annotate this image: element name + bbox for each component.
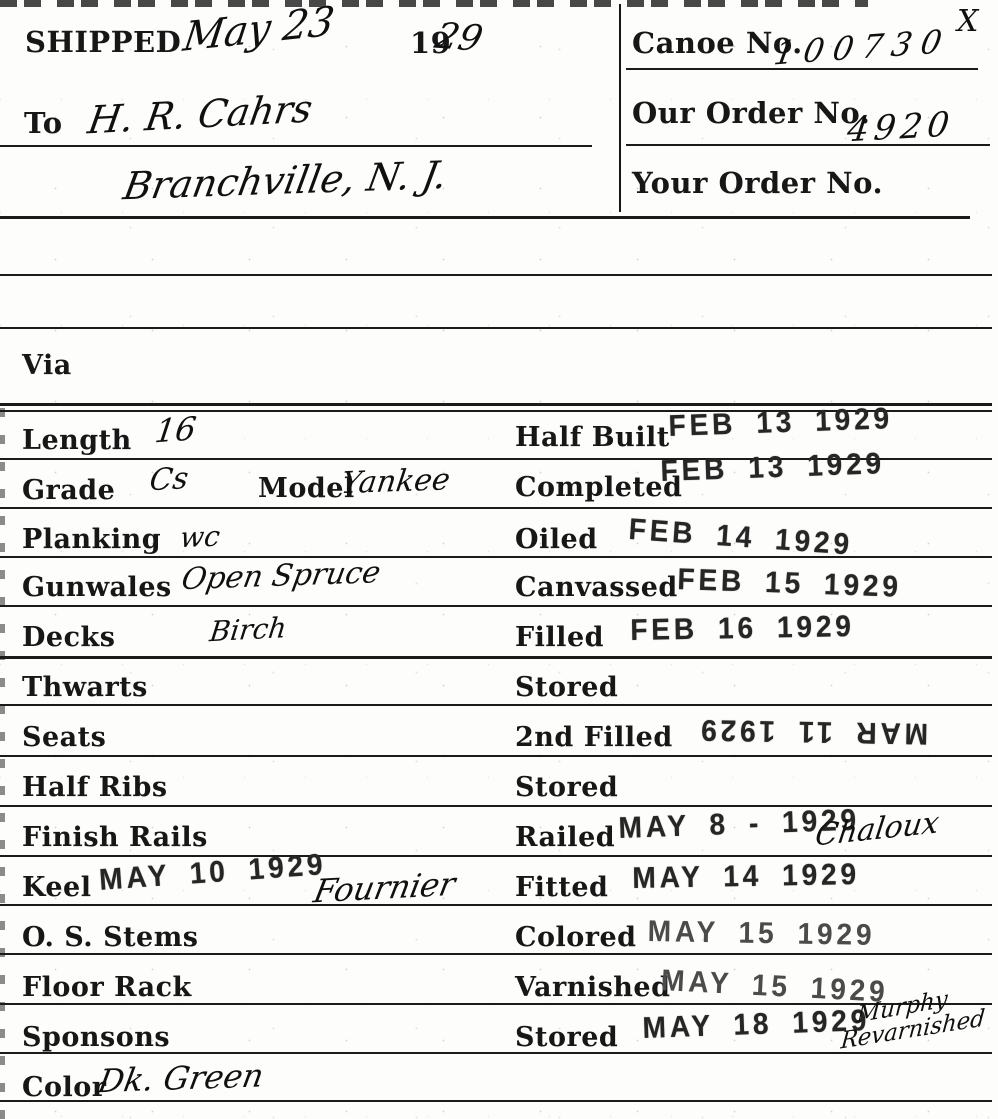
ruled-line (0, 704, 992, 706)
status-label-railed: Railed (515, 822, 615, 853)
scan-edge-left (0, 408, 5, 1119)
spec-value-color: Dk. Green (95, 1056, 266, 1100)
status-label-colored: Colored (515, 922, 637, 953)
date-stamp-completed: FEB 13 1929 (660, 447, 886, 489)
status-label-oiled: Oiled (515, 524, 598, 555)
shipped-label: SHIPPED (25, 25, 181, 59)
status-label-fitted: Fitted (515, 872, 608, 903)
ruled-line (0, 556, 992, 558)
status-label-stored-2: Stored (515, 772, 618, 803)
date-stamp-filled: FEB 16 1929 (630, 610, 855, 648)
ruled-line (0, 755, 992, 757)
status-label-half-built: Half Built (515, 422, 670, 453)
spec-label-thwarts: Thwarts (22, 672, 148, 703)
scan-edge-top (0, 0, 868, 7)
status-label-completed: Completed (515, 472, 682, 503)
spec-value-length: 16 (153, 409, 199, 450)
ruled-line (0, 274, 992, 276)
spec-label-os-stems: O. S. Stems (22, 922, 199, 953)
date-stamp-half-built: FEB 13 1929 (668, 402, 894, 444)
ruled-line (0, 656, 992, 659)
ruled-line (0, 145, 592, 147)
spec-value-planking: wc (179, 520, 222, 555)
spec-label-sponsons: Sponsons (22, 1022, 170, 1053)
spec-label-decks: Decks (22, 622, 115, 653)
date-stamp-stored: MAY 18 1929 (642, 1004, 871, 1046)
spec-label-seats: Seats (22, 722, 106, 753)
spec-label-planking: Planking (22, 524, 161, 555)
spec-label-color: Color (22, 1072, 107, 1103)
spec-label-grade: Grade (22, 475, 115, 506)
ruled-line (626, 68, 978, 70)
ruled-line (0, 1052, 992, 1054)
our-order-no-label: Our Order No. (632, 96, 870, 130)
ruled-line (0, 605, 992, 607)
year-handwritten: 29 (431, 16, 487, 60)
ruled-line (0, 216, 970, 219)
spec-label-gunwales: Gunwales (22, 572, 172, 603)
recipient-name-handwritten: H. R. Cahrs (85, 86, 316, 142)
date-stamp-fitted: MAY 14 1929 (632, 858, 860, 896)
to-label: To (24, 106, 63, 140)
ruled-line (0, 953, 992, 955)
status-label-filled: Filled (515, 622, 604, 653)
status-label-varnished: Varnished (515, 972, 670, 1003)
check-mark-handwritten: X (957, 4, 978, 39)
status-label-stored-3: Stored (515, 1022, 618, 1053)
header-divider (619, 4, 621, 212)
spec-value-model: Yankee (339, 462, 452, 501)
recipient-city-handwritten: Branchville, N. J. (120, 153, 451, 209)
canoe-build-record-card: SHIPPED May 23 19 29 To H. R. Cahrs Bran… (0, 0, 998, 1119)
spec-label-length: Length (22, 425, 132, 456)
date-stamp-colored: MAY 15 1929 (647, 915, 875, 953)
spec-label-floor-rack: Floor Rack (22, 972, 192, 1003)
spec-label-half-ribs: Half Ribs (22, 772, 168, 803)
spec-value-decks: Birch (208, 611, 289, 648)
status-label-stored-1: Stored (515, 672, 618, 703)
ruled-line (0, 855, 992, 857)
spec-value-grade: Cs (148, 461, 191, 498)
spec-label-keel: Keel (22, 872, 92, 903)
ruled-line (626, 144, 990, 146)
shipped-date-handwritten: May 23 (180, 0, 337, 61)
date-stamp-canvassed: FEB 15 1929 (677, 563, 903, 605)
ruled-line (0, 507, 992, 509)
date-stamp-2nd-filled-inverted: MAR 11 1929 (697, 712, 928, 750)
ruled-line (0, 327, 992, 329)
status-label-2nd-filled: 2nd Filled (515, 722, 673, 753)
spec-label-finish-rails: Finish Rails (22, 822, 208, 853)
your-order-no-label: Your Order No. (632, 166, 883, 200)
ruled-line (0, 1100, 992, 1102)
status-label-canvassed: Canvassed (515, 572, 678, 603)
spec-value-gunwales: Open Spruce (179, 555, 383, 597)
ruled-line (0, 904, 992, 906)
via-label: Via (22, 350, 72, 381)
